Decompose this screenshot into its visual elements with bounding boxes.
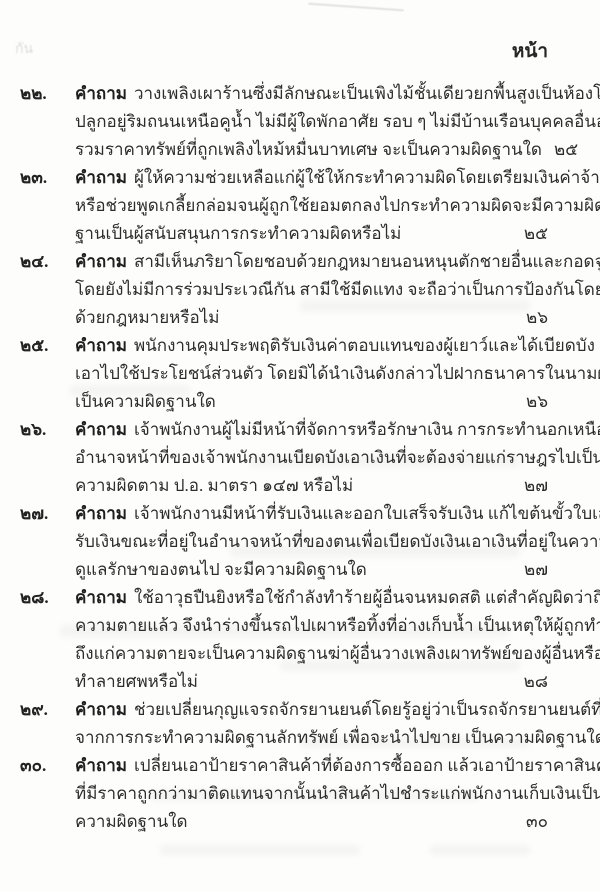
question-label: คำถาม <box>75 504 127 523</box>
question-text: ใช้อาวุธปืนยิงหรือใช้กำลังทำร้ายผู้อื่นจ… <box>134 588 600 607</box>
entry-number: ๒๒. <box>20 80 75 164</box>
question-text: ฐานเป็นผู้สนับสนุนการกระทำความผิดหรือไม่ <box>75 220 401 248</box>
question-label: คำถาม <box>75 252 127 271</box>
toc-entry-list: ๒๒. คำถามวางเพลิงเผาร้านซึ่งมีลักษณะเป็น… <box>20 80 548 836</box>
question-label: คำถาม <box>75 420 127 439</box>
question-text: เป็นความผิดฐานใด <box>75 388 216 416</box>
question-label: คำถาม <box>75 84 127 103</box>
question-text: ทำลายศพหรือไม่ <box>75 668 198 696</box>
question-text: โดยยังไม่มีการร่วมประเวณีกัน สามีใช้มีดแ… <box>75 276 548 304</box>
scanned-document-page: กัน หน้า ๒๒. คำถามวางเพลิงเผาร้านซึ่งมีล… <box>0 0 600 892</box>
question-text: อำนาจหน้าที่ของเจ้าพนักงานเบียดบังเอาเงิ… <box>75 444 548 472</box>
page-number: ๒๖ <box>526 304 548 332</box>
page-number: ๒๕ <box>554 136 578 164</box>
question-text: สามีเห็นภริยาโดยชอบด้วยกฎหมายนอนหนุนตักช… <box>134 252 600 271</box>
question-text: วางเพลิงเผาร้านซึ่งมีลักษณะเป็นเพิงไม้ชั… <box>134 84 600 103</box>
question-text: ช่วยเปลี่ยนกุญแจรถจักรยานยนต์โดยรู้อยู่ว… <box>134 700 600 719</box>
question-text: ถึงแก่ความตายจะเป็นความผิดฐานฆ่าผู้อื่นว… <box>75 640 548 668</box>
toc-entry: ๒๗. คำถามเจ้าพนักงานมีหน้าที่รับเงินและอ… <box>20 500 548 584</box>
question-text: รับเงินขณะที่อยู่ในอำนาจหน้าที่ของตนเพื่… <box>75 528 548 556</box>
entry-number: ๒๖. <box>20 416 75 500</box>
question-text: ดูแลรักษาของตนไป จะมีความผิดฐานใด <box>75 556 367 584</box>
question-text: รวมราคาทรัพย์ที่ถูกเพลิงไหม้หมื่นบาทเศษ … <box>75 136 542 164</box>
toc-entry: ๒๕. คำถามพนักงานคุมประพฤติรับเงินค่าตอบแ… <box>20 332 548 416</box>
scan-scratch-mark <box>308 3 404 12</box>
entry-number: ๒๕. <box>20 332 75 416</box>
question-text: ที่มีราคาถูกกว่ามาติดแทนจากนั้นนำสินค้าไ… <box>75 780 548 808</box>
question-text: หรือช่วยพูดเกลี้ยกล่อมจนผู้ถูกใช้ยอมตกลง… <box>75 192 548 220</box>
question-text: เจ้าพนักงานผู้ไม่มีหน้าที่จัดการหรือรักษ… <box>134 420 600 439</box>
question-text: ด้วยกฎหมายหรือไม่ <box>75 304 219 332</box>
toc-entry: ๒๘. คำถามใช้อาวุธปืนยิงหรือใช้กำลังทำร้า… <box>20 584 548 696</box>
page-column-header: หน้า <box>0 36 548 66</box>
bleedthrough-smudge <box>160 845 360 855</box>
question-text: เอาไปใช้ประโยชน์ส่วนตัว โดยมิได้นำเงินดั… <box>75 360 548 388</box>
question-text: จากการกระทำความผิดฐานลักทรัพย์ เพื่อจะนำ… <box>75 724 600 752</box>
question-text: เปลี่ยนเอาป้ายราคาสินค้าที่ต้องการซื้อออ… <box>134 756 600 775</box>
question-label: คำถาม <box>75 588 127 607</box>
toc-entry: ๒๒. คำถามวางเพลิงเผาร้านซึ่งมีลักษณะเป็น… <box>20 80 548 164</box>
question-text: พนักงานคุมประพฤติรับเงินค่าตอบแทนของผู้เ… <box>134 336 595 355</box>
question-text: ปลูกอยู่ริมถนนเหนือคูน้ำ ไม่มีผู้ใดพักอา… <box>75 108 548 136</box>
toc-entry: ๒๖. คำถามเจ้าพนักงานผู้ไม่มีหน้าที่จัดกา… <box>20 416 548 500</box>
toc-entry: ๒๔. คำถามสามีเห็นภริยาโดยชอบด้วยกฎหมายนอ… <box>20 248 548 332</box>
entry-number: ๒๘. <box>20 584 75 696</box>
question-label: คำถาม <box>75 168 127 187</box>
question-label: คำถาม <box>75 700 127 719</box>
entry-number: ๓๐. <box>20 752 75 836</box>
entry-number: ๒๓. <box>20 164 75 248</box>
page-number: ๒๘ <box>524 668 548 696</box>
toc-entry: ๓๐. คำถามเปลี่ยนเอาป้ายราคาสินค้าที่ต้อง… <box>20 752 548 836</box>
question-text: เจ้าพนักงานมีหน้าที่รับเงินและออกใบเสร็จ… <box>134 504 600 523</box>
bleedthrough-smudge <box>430 845 530 855</box>
entry-number: ๒๗. <box>20 500 75 584</box>
page-number: ๒๕ <box>524 220 548 248</box>
page-number: ๒๗ <box>524 556 548 584</box>
page-number: ๒๗ <box>524 472 548 500</box>
entry-number: ๒๔. <box>20 248 75 332</box>
entry-number: ๒๙. <box>20 696 75 752</box>
question-label: คำถาม <box>75 336 127 355</box>
question-text: ผู้ให้ความช่วยเหลือแก่ผู้ใช้ให้กระทำความ… <box>134 168 600 187</box>
toc-entry: ๒๓. คำถามผู้ให้ความช่วยเหลือแก่ผู้ใช้ให้… <box>20 164 548 248</box>
toc-entry: ๒๙. คำถามช่วยเปลี่ยนกุญแจรถจักรยานยนต์โด… <box>20 696 548 752</box>
question-text: ความตายแล้ว จึงนำร่างขึ้นรถไปเผาหรือทิ้ง… <box>75 612 548 640</box>
question-text: ความผิดฐานใด <box>75 808 188 836</box>
page-number: ๓๐ <box>526 808 548 836</box>
question-label: คำถาม <box>75 756 127 775</box>
page-number: ๒๖ <box>526 388 548 416</box>
question-text: ความผิดตาม ป.อ. มาตรา ๑๔๗ หรือไม่ <box>75 472 353 500</box>
